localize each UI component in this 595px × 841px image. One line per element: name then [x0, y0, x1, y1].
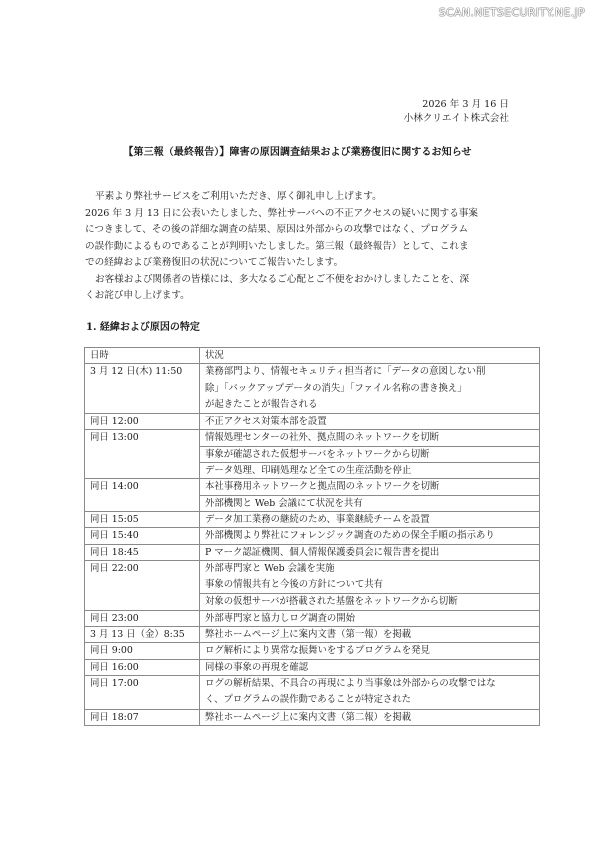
cell-datetime: 3 月 13 日（金）8:35	[85, 627, 200, 643]
cell-status: 外部機関と Web 会議にて状況を共有	[200, 495, 540, 511]
status-line: く、プログラムの誤作動であることが特定された	[205, 692, 534, 708]
cell-status: 対象の仮想サーバが搭載された基盤をネットワークから切断	[200, 594, 540, 610]
cell-status: 弊社ホームページ上に案内文書（第一報）を掲載	[200, 627, 540, 643]
body-paragraphs: 平素より弊社サービスをご利用いただき、厚く御礼申し上げます。 2026 年 3 …	[85, 189, 540, 305]
section-heading: 1. 経緯および原因の特定	[86, 318, 200, 333]
body-line: 2026 年 3 月 13 日に公表いたしました、弊社サーバへの不正アクセスの疑…	[85, 206, 540, 223]
watermark: SCAN.NETSECURITY.NE.JP	[439, 6, 585, 19]
cell-datetime: 同日 16:00	[85, 659, 200, 675]
cell-datetime: 3 月 12 日(木) 11:50	[85, 364, 200, 414]
body-line: お客様および関係者の皆様には、多大なるご心配とご不便をおかけしましたことを、深	[85, 272, 540, 289]
table-row: 同日 17:00 ログの解析結果、不具合の再現により当事象は外部からの攻撃ではな…	[85, 675, 540, 709]
cell-status: ログ解析により異常な振舞いをするプログラムを発見	[200, 643, 540, 659]
cell-status: 弊社ホームページ上に案内文書（第二報）を掲載	[200, 709, 540, 725]
cell-status: 事象が確認された仮想サーバをネットワークから切断	[200, 446, 540, 462]
cell-datetime: 同日 12:00	[85, 414, 200, 430]
table-row: 同日 15:05 データ加工業務の継続のため、事業継続チームを設置	[85, 511, 540, 527]
timeline-table: 日時 状況 3 月 12 日(木) 11:50 業務部門より、情報セキュリティ担…	[84, 347, 540, 726]
cell-datetime: 同日 9:00	[85, 643, 200, 659]
header-block: 2026 年 3 月 16 日 小林クリエイト株式会社	[404, 98, 509, 126]
cell-status: ログの解析結果、不具合の再現により当事象は外部からの攻撃ではな く、プログラムの…	[200, 675, 540, 709]
body-line: での経緯および業務復旧の状況についてご報告いたします。	[85, 255, 540, 272]
body-line: くお詫び申し上げます。	[85, 288, 540, 305]
document-date: 2026 年 3 月 16 日	[404, 98, 509, 112]
header-datetime: 日時	[85, 348, 200, 364]
body-line: につきまして、その後の詳細な調査の結果、原因は外部からの攻撃ではなく、プログラム	[85, 222, 540, 239]
table-row: 同日 13:00 情報処理センターの社外、拠点間のネットワークを切断	[85, 430, 540, 446]
cell-status: 外部機関より弊社にフォレンジック調査のための保全手順の指示あり	[200, 528, 540, 544]
document-title: 【第三報（最終報告）】障害の原因調査結果および業務復旧に関するお知らせ	[0, 143, 595, 158]
status-line: 事象の情報共有と今後の方針について共有	[205, 577, 534, 593]
table-row: 3 月 12 日(木) 11:50 業務部門より、情報セキュリティ担当者に「デー…	[85, 364, 540, 414]
table-row: 同日 16:00 同様の事象の再現を確認	[85, 659, 540, 675]
cell-status: 外部専門家と Web 会議を実施 事象の情報共有と今後の方針について共有	[200, 560, 540, 594]
table-row: 3 月 13 日（金）8:35 弊社ホームページ上に案内文書（第一報）を掲載	[85, 627, 540, 643]
cell-status: P マーク認証機関、個人情報保護委員会に報告書を提出	[200, 544, 540, 560]
table-row: 同日 12:00 不正アクセス対策本部を設置	[85, 414, 540, 430]
status-line: 外部専門家と Web 会議を実施	[205, 561, 534, 577]
body-line: 平素より弊社サービスをご利用いただき、厚く御礼申し上げます。	[85, 189, 540, 206]
table-row: 同日 23:00 外部専門家と協力しログ調査の開始	[85, 610, 540, 626]
cell-datetime: 同日 23:00	[85, 610, 200, 626]
status-line: が起きたことが報告される	[205, 397, 534, 413]
table-row: 同日 22:00 外部専門家と Web 会議を実施 事象の情報共有と今後の方針に…	[85, 560, 540, 594]
table-row: 同日 14:00 本社事務用ネットワークと拠点間のネットワークを切断	[85, 479, 540, 495]
table-row: 同日 18:45 P マーク認証機関、個人情報保護委員会に報告書を提出	[85, 544, 540, 560]
cell-datetime: 同日 13:00	[85, 430, 200, 479]
cell-status: データ処理、印刷処理など全ての生産活動を停止	[200, 463, 540, 479]
cell-datetime: 同日 15:05	[85, 511, 200, 527]
table-row: 同日 18:07 弊社ホームページ上に案内文書（第二報）を掲載	[85, 709, 540, 725]
cell-datetime: 同日 22:00	[85, 560, 200, 610]
table-header-row: 日時 状況	[85, 348, 540, 364]
body-line: の誤作動によるものであることが判明いたしました。第三報（最終報告）として、これま	[85, 239, 540, 256]
table-row: 同日 9:00 ログ解析により異常な振舞いをするプログラムを発見	[85, 643, 540, 659]
cell-datetime: 同日 18:07	[85, 709, 200, 725]
cell-datetime: 同日 17:00	[85, 675, 200, 709]
company-name: 小林クリエイト株式会社	[404, 112, 509, 126]
cell-status: データ加工業務の継続のため、事業継続チームを設置	[200, 511, 540, 527]
cell-status: 同様の事象の再現を確認	[200, 659, 540, 675]
table-row: 同日 15:40 外部機関より弊社にフォレンジック調査のための保全手順の指示あり	[85, 528, 540, 544]
cell-status: 情報処理センターの社外、拠点間のネットワークを切断	[200, 430, 540, 446]
cell-status: 不正アクセス対策本部を設置	[200, 414, 540, 430]
cell-status: 外部専門家と協力しログ調査の開始	[200, 610, 540, 626]
cell-status: 業務部門より、情報セキュリティ担当者に「データの意図しない削 除」「バックアップ…	[200, 364, 540, 414]
status-line: 業務部門より、情報セキュリティ担当者に「データの意図しない削	[205, 364, 534, 380]
cell-datetime: 同日 18:45	[85, 544, 200, 560]
status-line: 除」「バックアップデータの消失」「ファイル名称の書き換え」	[205, 381, 534, 397]
cell-datetime: 同日 14:00	[85, 479, 200, 512]
status-line: ログの解析結果、不具合の再現により当事象は外部からの攻撃ではな	[205, 676, 534, 692]
header-status: 状況	[200, 348, 540, 364]
cell-status: 本社事務用ネットワークと拠点間のネットワークを切断	[200, 479, 540, 495]
cell-datetime: 同日 15:40	[85, 528, 200, 544]
